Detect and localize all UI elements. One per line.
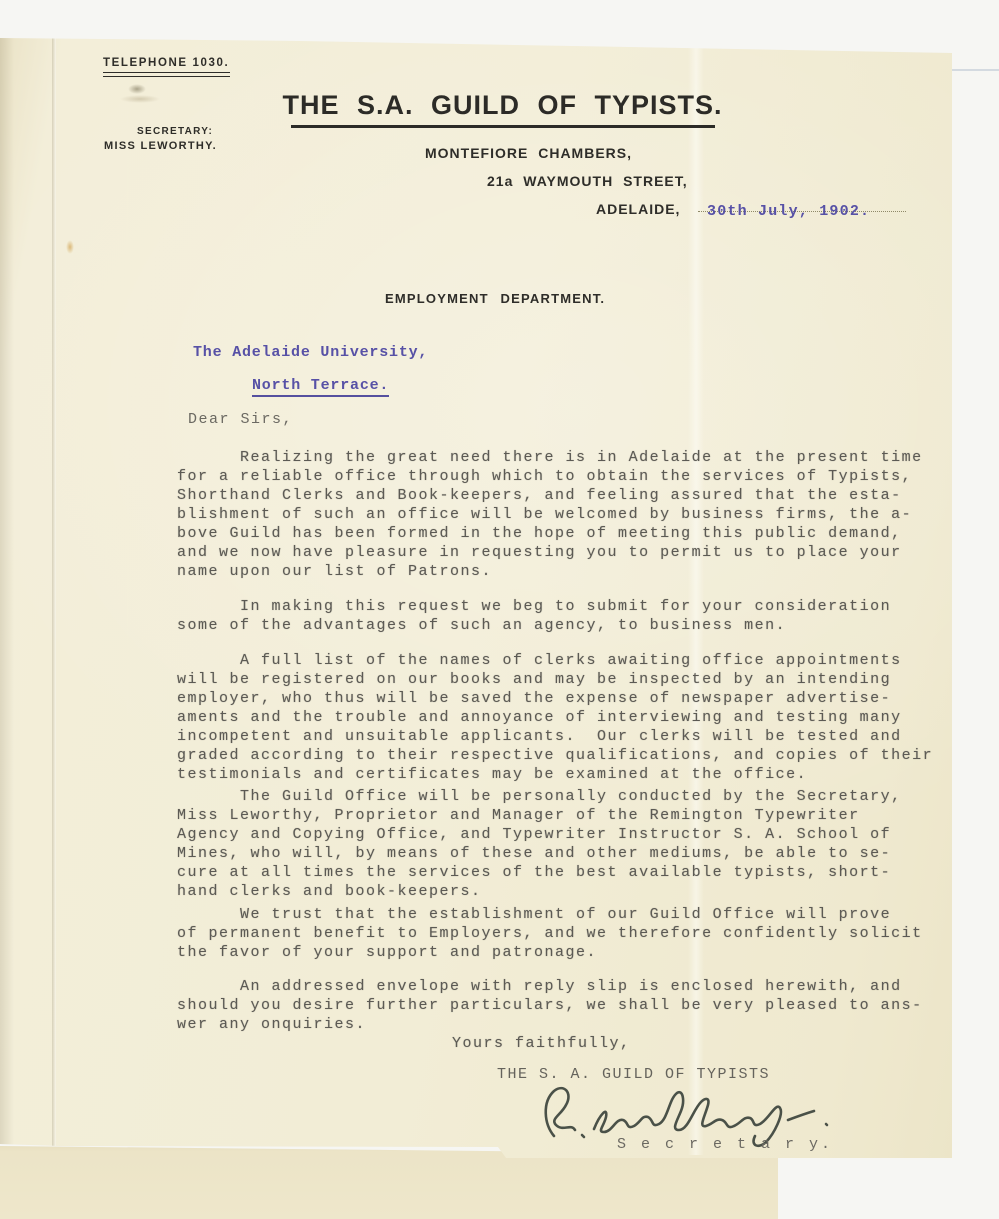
address-line-chambers: MONTEFIORE CHAMBERS, [425, 145, 632, 161]
telephone-underline [103, 72, 230, 77]
salutation: Dear Sirs, [188, 411, 293, 428]
body-paragraph-1: Realizing the great need there is in Ade… [177, 448, 923, 581]
letterhead-title-block: THE S.A. GUILD OF TYPISTS. [55, 90, 950, 128]
title-underline [291, 125, 715, 128]
scanner-artifact-line [948, 69, 999, 71]
secretary-label: SECRETARY: [137, 126, 213, 137]
signature-title: S e c r e t a r y. [617, 1136, 833, 1153]
body-paragraph-5: We trust that the establishment of our G… [177, 905, 923, 962]
fold-crease-left [52, 38, 56, 1148]
body-paragraph-3: A full list of the names of clerks await… [177, 651, 933, 784]
body-paragraph-6: An addressed envelope with reply slip is… [177, 977, 923, 1034]
scanned-letter-page: TELEPHONE 1030. THE S.A. GUILD OF TYPIST… [0, 0, 999, 1219]
valediction: Yours faithfully, [452, 1035, 631, 1052]
organization-title: THE S.A. GUILD OF TYPISTS. [282, 90, 722, 121]
rust-speck [66, 240, 74, 254]
secretary-name: MISS LEWORTHY. [104, 140, 217, 152]
recipient-name: The Adelaide University, [193, 344, 428, 361]
body-paragraph-4: The Guild Office will be personally cond… [177, 787, 902, 901]
address-line-city: ADELAIDE, [596, 201, 680, 217]
recipient-address: North Terrace. [252, 377, 389, 397]
paper-edge-shading [0, 38, 14, 1146]
telephone-number: TELEPHONE 1030. [103, 57, 229, 69]
address-line-street: 21a WAYMOUTH STREET, [487, 173, 688, 189]
body-paragraph-2: In making this request we beg to submit … [177, 597, 891, 635]
department-heading: EMPLOYMENT DEPARTMENT. [385, 291, 605, 306]
letter-date: 30th July, 1902. [707, 203, 870, 220]
